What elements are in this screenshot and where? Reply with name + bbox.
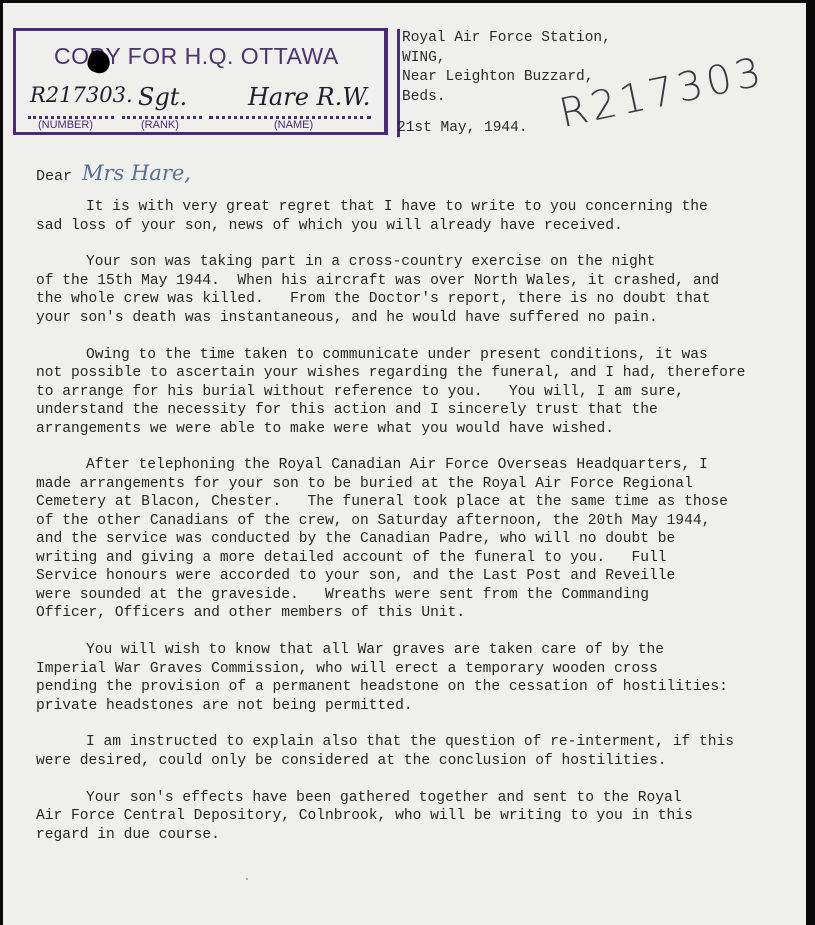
- paragraph: I am instructed to explain also that the…: [36, 733, 806, 770]
- text-line: private headstones are not being permitt…: [36, 697, 806, 716]
- stamp-name-label: (NAME): [274, 119, 313, 131]
- address-line: Royal Air Force Station,: [402, 29, 611, 49]
- text-line: Cemetery at Blacon, Chester. The funeral…: [36, 493, 806, 512]
- text-line: Imperial War Graves Commission, who will…: [36, 660, 806, 679]
- text-line: of the other Canadians of the crew, on S…: [36, 512, 806, 531]
- text-line: and the service was conducted by the Can…: [36, 530, 806, 549]
- text-line: I am instructed to explain also that the…: [36, 733, 806, 752]
- text-line: understand the necessity for this action…: [36, 401, 806, 420]
- paragraph: Your son was taking part in a cross-coun…: [36, 253, 806, 327]
- stamp-number-label: (NUMBER): [38, 119, 93, 131]
- text-line: to arrange for his burial without refere…: [36, 383, 806, 402]
- text-line: Your son was taking part in a cross-coun…: [36, 253, 806, 272]
- letter-date: 21st May, 1944.: [397, 120, 528, 136]
- paper-speck: [246, 878, 248, 880]
- text-line: were sounded at the graveside. Wreaths w…: [36, 586, 806, 605]
- letter-body: It is with very great regret that I have…: [36, 198, 806, 863]
- paragraph: Your son's effects have been gathered to…: [36, 789, 806, 845]
- paragraph: After telephoning the Royal Canadian Air…: [36, 456, 806, 623]
- text-line: made arrangements for your son to be bur…: [36, 475, 806, 494]
- text-line: It is with very great regret that I have…: [36, 198, 806, 217]
- paragraph: It is with very great regret that I have…: [36, 198, 806, 235]
- address-line: Near Leighton Buzzard,: [402, 68, 611, 88]
- stamp-rank-value: Sgt.: [138, 83, 187, 111]
- text-line: writing and giving a more detailed accou…: [36, 549, 806, 568]
- text-line: your son's death was instantaneous, and …: [36, 309, 806, 328]
- ottawa-copy-stamp: COPY FOR H.Q. OTTAWA R217303. Sgt. Hare …: [13, 28, 388, 135]
- paragraph: You will wish to know that all War grave…: [36, 641, 806, 715]
- salutation-handwritten: Mrs Hare,: [82, 161, 191, 185]
- text-line: the whole crew was killed. From the Doct…: [36, 290, 806, 309]
- text-line: After telephoning the Royal Canadian Air…: [36, 456, 806, 475]
- text-line: were desired, could only be considered a…: [36, 752, 806, 771]
- text-line: Owing to the time taken to communicate u…: [36, 346, 806, 365]
- text-line: pending the provision of a permanent hea…: [36, 678, 806, 697]
- stamp-name-value: Hare R.W.: [248, 83, 370, 111]
- letter-page: COPY FOR H.Q. OTTAWA R217303. Sgt. Hare …: [3, 3, 806, 925]
- salutation-typed: Dear: [36, 168, 72, 185]
- salutation: DearMrs Hare,: [36, 161, 191, 185]
- paragraph: Owing to the time taken to communicate u…: [36, 346, 806, 439]
- text-line: Service honours were accorded to your so…: [36, 567, 806, 586]
- text-line: sad loss of your son, news of which you …: [36, 217, 806, 236]
- text-line: Air Force Central Depository, Colnbrook,…: [36, 807, 806, 826]
- text-line: You will wish to know that all War grave…: [36, 641, 806, 660]
- text-line: regard in due course.: [36, 826, 806, 845]
- text-line: arrangements we were able to make were w…: [36, 420, 806, 439]
- text-line: not possible to ascertain your wishes re…: [36, 364, 806, 383]
- text-line: Officer, Officers and other members of t…: [36, 604, 806, 623]
- text-line: Your son's effects have been gathered to…: [36, 789, 806, 808]
- text-line: of the 15th May 1944. When his aircraft …: [36, 272, 806, 291]
- stamp-rank-label: (RANK): [141, 119, 179, 131]
- stamp-number-value: R217303.: [30, 83, 133, 107]
- address-line: WING,: [402, 49, 611, 69]
